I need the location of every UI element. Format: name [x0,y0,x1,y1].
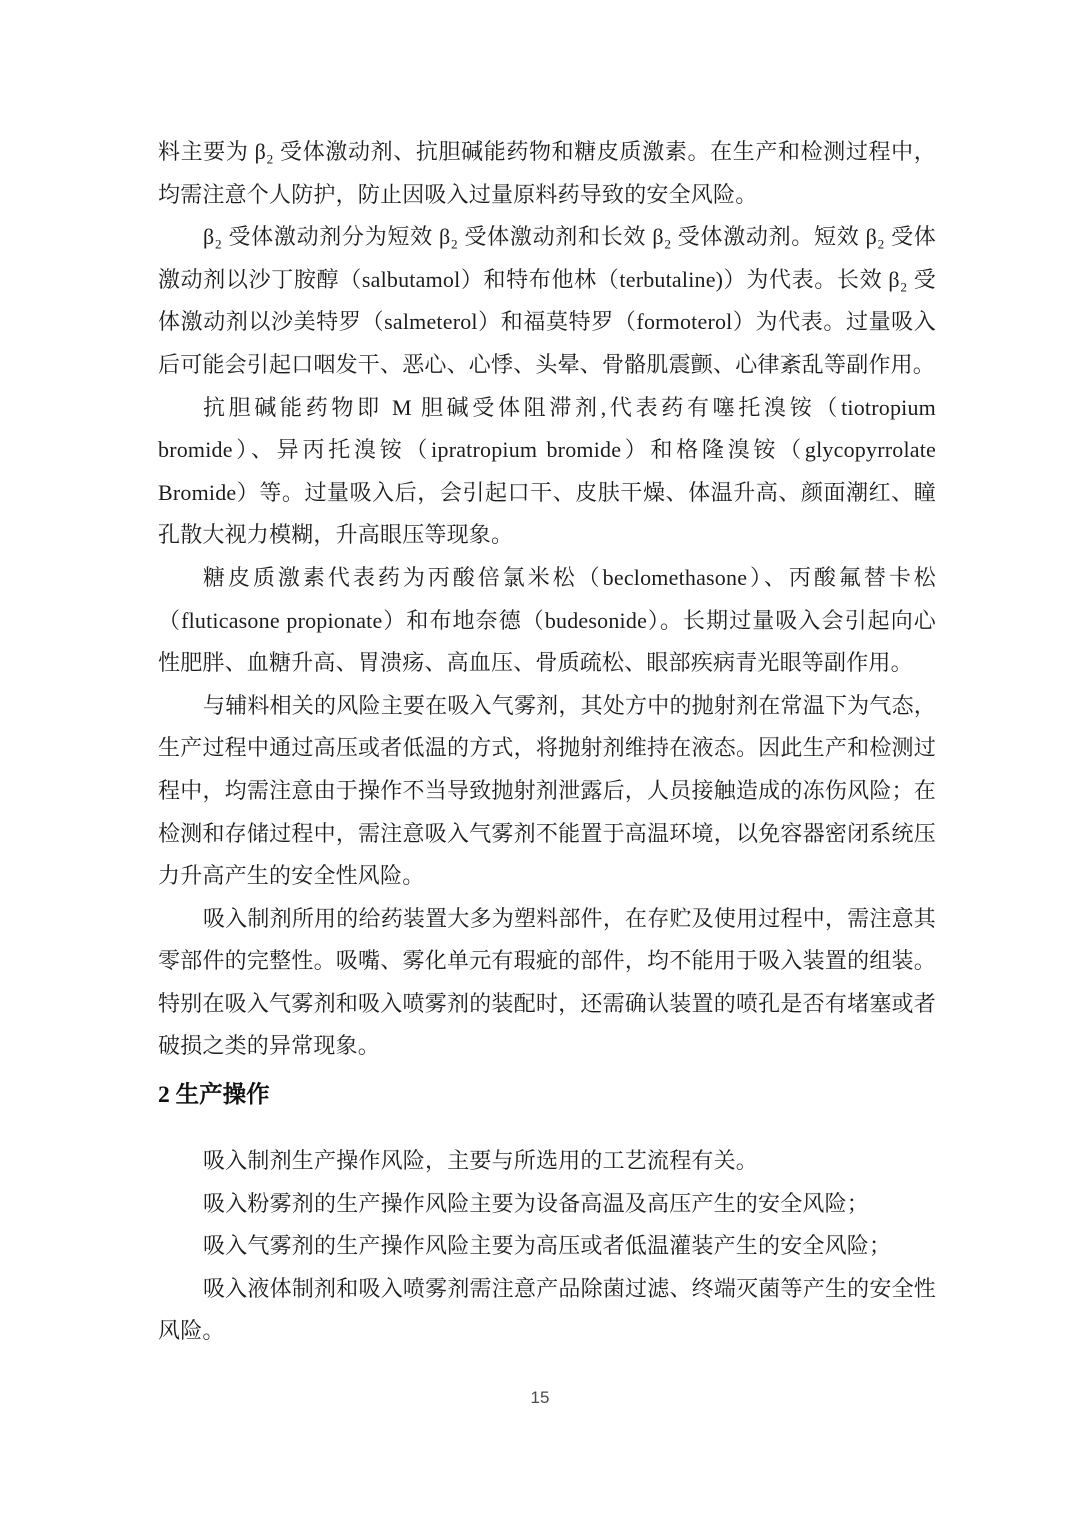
body-paragraph: 吸入制剂所用的给药装置大多为塑料部件，在存贮及使用过程中，需注意其零部件的完整性… [158,898,936,1068]
page-footer: 15 [0,1388,1080,1408]
section-paragraph: 吸入制剂生产操作风险，主要与所选用的工艺流程有关。 [158,1140,936,1183]
page-body: 料主要为 β₂ 受体激动剂、抗胆碱能药物和糖皮质激素。在生产和检测过程中，均需注… [158,131,936,1353]
section-paragraph: 吸入液体制剂和吸入喷雾剂需注意产品除菌过滤、终端灭菌等产生的安全性风险。 [158,1268,936,1353]
body-paragraph: 料主要为 β₂ 受体激动剂、抗胆碱能药物和糖皮质激素。在生产和检测过程中，均需注… [158,131,936,216]
body-paragraph: 糖皮质激素代表药为丙酸倍氯米松（beclomethasone）、丙酸氟替卡松（f… [158,557,936,685]
section-heading: 2 生产操作 [158,1079,936,1111]
body-paragraph: 抗胆碱能药物即 M 胆碱受体阻滞剂,代表药有噻托溴铵（tiotropium br… [158,387,936,557]
page-number: 15 [531,1388,550,1407]
document-page: 料主要为 β₂ 受体激动剂、抗胆碱能药物和糖皮质激素。在生产和检测过程中，均需注… [0,0,1080,1526]
section-paragraph: 吸入粉雾剂的生产操作风险主要为设备高温及高压产生的安全风险； [158,1183,936,1226]
body-paragraph: β₂ 受体激动剂分为短效 β₂ 受体激动剂和长效 β₂ 受体激动剂。短效 β₂ … [158,216,936,386]
body-paragraph: 与辅料相关的风险主要在吸入气雾剂，其处方中的抛射剂在常温下为气态，生产过程中通过… [158,685,936,898]
section-paragraph: 吸入气雾剂的生产操作风险主要为高压或者低温灌装产生的安全风险； [158,1225,936,1268]
